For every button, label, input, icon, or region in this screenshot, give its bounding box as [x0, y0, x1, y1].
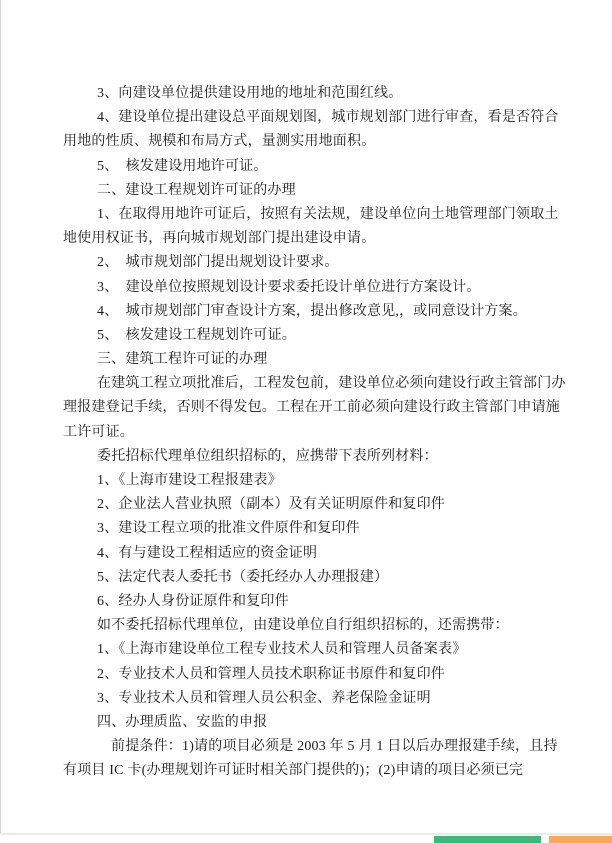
doc-list-item: 3、专业技术人员和管理人员公积金、养老保险金证明	[63, 687, 553, 711]
doc-line: 3、 建设单位按照规划设计要求委托设计单位进行方案设计。	[63, 276, 553, 300]
doc-line: 1、在取得用地许可证后，按照有关法规，建设单位向土地管理部门领取土	[63, 203, 553, 227]
doc-list-item: 5、法定代表人委托书（委托经办人办理报建）	[63, 566, 553, 590]
doc-line: 4、建设单位提出建设总平面规划图，城市规划部门进行审查，看是否符合	[63, 106, 553, 130]
doc-line: 委托招标代理单位组织招标的，应携带下表所列材料：	[63, 445, 553, 469]
doc-list-item: 1、《上海市建设工程报建表》	[63, 469, 553, 493]
doc-list-item: 1、《上海市建设单位工程专业技术人员和管理人员备案表》	[63, 638, 553, 662]
page-bottom-divider	[0, 833, 612, 835]
doc-list-item: 2、企业法人营业执照（副本）及有关证明原件和复印件	[63, 493, 553, 517]
doc-line: 工许可证。	[63, 421, 553, 445]
orange-action-bar[interactable]	[549, 836, 612, 843]
doc-list-item: 3、建设工程立项的批准文件原件和复印件	[63, 517, 553, 541]
doc-line: 前提条件：1)请的项目必须是 2003 年 5 月 1 日以后办理报建手续，且持	[63, 735, 553, 759]
doc-line: 5、 核发建设工程规划许可证。	[63, 324, 553, 348]
doc-line: 如不委托招标代理单位，由建设单位自行组织招标的，还需携带：	[63, 614, 553, 638]
doc-line: 有项目 IC 卡(办理规划许可证时相关部门提供的)；(2)申请的项目必须已完	[63, 759, 553, 783]
doc-line: 5、 核发建设用地许可证。	[63, 155, 553, 179]
doc-line: 理报建登记手续，否则不得发包。工程在开工前必须向建设行政主管部门申请施	[63, 396, 553, 420]
doc-line: 3、向建设单位提供建设用地的地址和范围红线。	[63, 82, 553, 106]
doc-line: 在建筑工程立项批准后，工程发包前，建设单位必须向建设行政主管部门办	[63, 372, 553, 396]
doc-line: 用地的性质、规模和布局方式，量测实用地面积。	[63, 130, 553, 154]
document-text-block: 3、向建设单位提供建设用地的地址和范围红线。 4、建设单位提出建设总平面规划图，…	[63, 82, 553, 783]
doc-section-heading: 四、办理质监、安监的申报	[63, 711, 553, 735]
doc-line: 2、 城市规划部门提出规划设计要求。	[63, 251, 553, 275]
doc-section-heading: 三、建筑工程许可证的办理	[63, 348, 553, 372]
doc-list-item: 6、经办人身份证原件和复印件	[63, 590, 553, 614]
doc-list-item: 2、专业技术人员和管理人员技术职称证书原件和复印件	[63, 663, 553, 687]
doc-section-heading: 二、建设工程规划许可证的办理	[63, 179, 553, 203]
doc-line: 地使用权证书，再向城市规划部门提出建设申请。	[63, 227, 553, 251]
doc-list-item: 4、有与建设工程相适应的资金证明	[63, 542, 553, 566]
document-page: 3、向建设单位提供建设用地的地址和范围红线。 4、建设单位提出建设总平面规划图，…	[0, 0, 612, 834]
green-action-bar[interactable]	[434, 836, 541, 843]
doc-line: 4、 城市规划部门审查设计方案，提出修改意见,，或同意设计方案。	[63, 300, 553, 324]
